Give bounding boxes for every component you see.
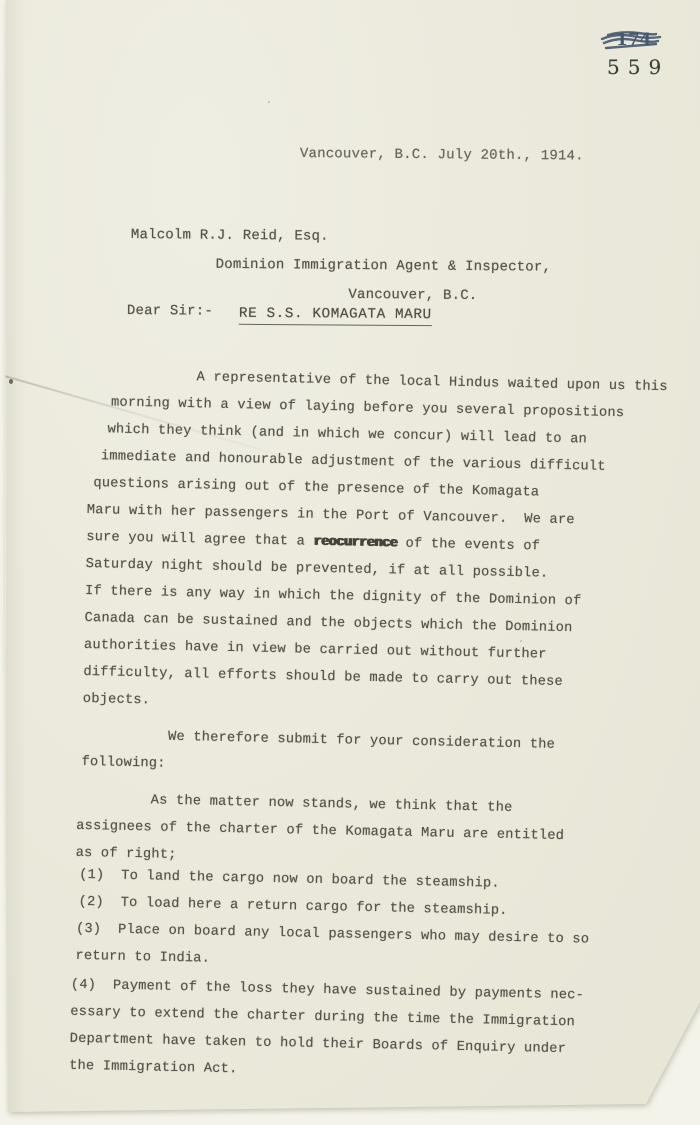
paper-shadow: 174 559 Vancouver, B.C. July 20th., 1914… [0,0,700,1125]
demand-item-4: (4) Payment of the loss they have sustai… [69,972,584,1091]
salutation: Dear Sir:- [127,303,213,320]
line-segment: of the events of [397,536,540,554]
page-number-stamp: 559 [607,55,669,79]
recipient-name: Malcolm R.J. Reid, Esq. [131,227,329,245]
scanned-letter-page: 174 559 Vancouver, B.C. July 20th., 1914… [0,0,700,1125]
recipient-title: Dominion Immigration Agent & Inspector, [216,257,552,276]
subject-line: RE S.S. KOMAGATA MARU [239,306,432,326]
letter-paper: 174 559 Vancouver, B.C. July 20th., 1914… [0,0,700,1125]
paragraph-1: A representative of the local Hindus wai… [83,362,668,725]
letter-body: A representative of the local Hindus wai… [75,358,650,1100]
overtyped-word: reocurrence [313,535,397,552]
recipient-city: Vancouver, B.C. [348,287,477,304]
crossed-out-number: 174 [598,24,666,56]
paper-edge-shade [6,0,26,1112]
recipient-address: Malcolm R.J. Reid, Esq. Dominion Immigra… [0,226,700,232]
dateline: Vancouver, B.C. July 20th., 1914. [300,146,584,164]
paragraph-2: We therefore submit for your considerati… [81,722,555,786]
demand-item-3: (3) Place on board any local passengers … [75,916,589,981]
ink-speck [9,379,13,384]
line-segment: sure you will agree that a [86,530,313,550]
ink-speck [268,101,270,103]
